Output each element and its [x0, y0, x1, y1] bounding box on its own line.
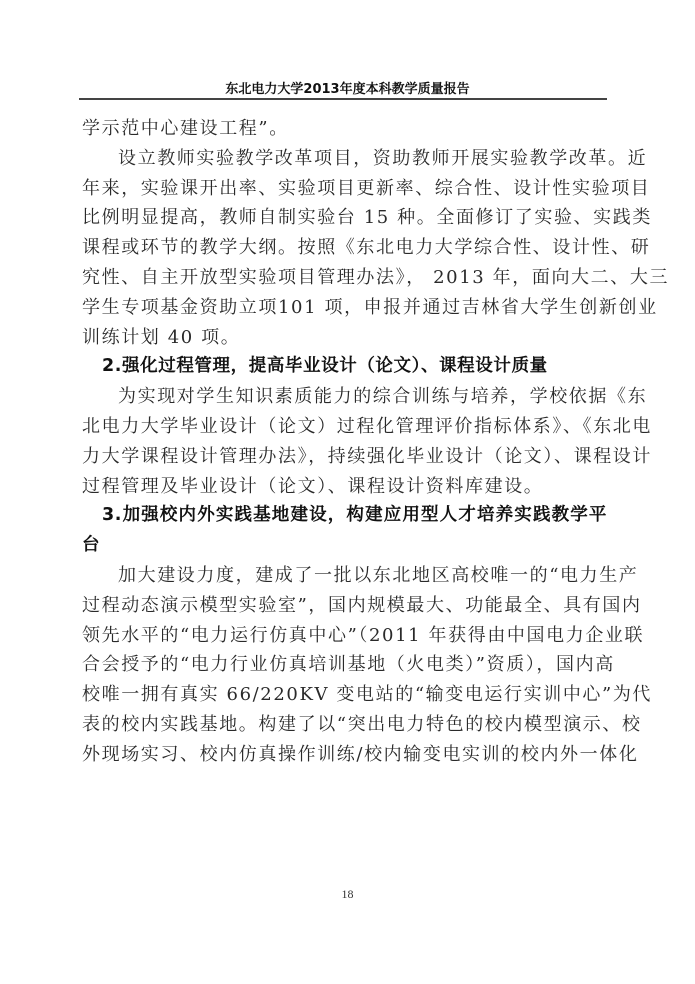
text-line: 合会授予的“电力行业仿真培训基地（火电类）”资质），国内高 — [82, 650, 607, 680]
text-line: 外现场实习、校内仿真操作训练/校内输变电实训的校内外一体化 — [82, 740, 607, 770]
text-line: 力大学课程设计管理办法》，持续强化毕业设计（论文）、课程设计 — [82, 442, 607, 472]
text-line: 设立教师实验教学改革项目，资助教师开展实验教学改革。近 — [82, 144, 607, 174]
text-line: 表的校内实践基地。构建了以“突出电力特色的校内模型演示、校 — [82, 710, 607, 740]
section-heading-3: 3.加强校内外实践基地建设，构建应用型人才培养实践教学平 — [82, 501, 607, 531]
text-line: 学生专项基金资助立项101 项，申报并通过吉林省大学生创新创业 — [82, 293, 607, 323]
report-header-title: 东北电力大学2013年度本科教学质量报告 — [0, 78, 695, 97]
section-heading-3-cont: 台 — [82, 531, 607, 561]
text-line: 比例明显提高，教师自制实验台 15 种。全面修订了实验、实践类 — [82, 203, 607, 233]
header-divider — [79, 98, 607, 100]
text-line: 北电力大学毕业设计（论文）过程化管理评价指标体系》、《东北电 — [82, 412, 607, 442]
text-line: 究性、自主开放型实验项目管理办法》， 2013 年，面向大二、大三 — [82, 263, 607, 293]
text-line: 领先水平的“电力运行仿真中心”（2011 年获得由中国电力企业联 — [82, 621, 607, 651]
section-heading-2: 2.强化过程管理，提高毕业设计（论文）、课程设计质量 — [82, 352, 607, 382]
text-line: 年来，实验课开出率、实验项目更新率、综合性、设计性实验项目 — [82, 174, 607, 204]
text-line: 训练计划 40 项。 — [82, 323, 607, 353]
text-line: 学示范中心建设工程”。 — [82, 114, 607, 144]
text-line: 课程或环节的教学大纲。按照《东北电力大学综合性、设计性、研 — [82, 233, 607, 263]
document-body: 学示范中心建设工程”。 设立教师实验教学改革项目，资助教师开展实验教学改革。近 … — [82, 114, 607, 770]
page-number: 18 — [0, 887, 695, 902]
text-line: 为实现对学生知识素质能力的综合训练与培养，学校依据《东 — [82, 382, 607, 412]
text-line: 校唯一拥有真实 66/220KV 变电站的“输变电运行实训中心”为代 — [82, 680, 607, 710]
text-line: 加大建设力度，建成了一批以东北地区高校唯一的“电力生产 — [82, 561, 607, 591]
text-line: 过程管理及毕业设计（论文）、课程设计资料库建设。 — [82, 472, 607, 502]
text-line: 过程动态演示模型实验室”，国内规模最大、功能最全、具有国内 — [82, 591, 607, 621]
